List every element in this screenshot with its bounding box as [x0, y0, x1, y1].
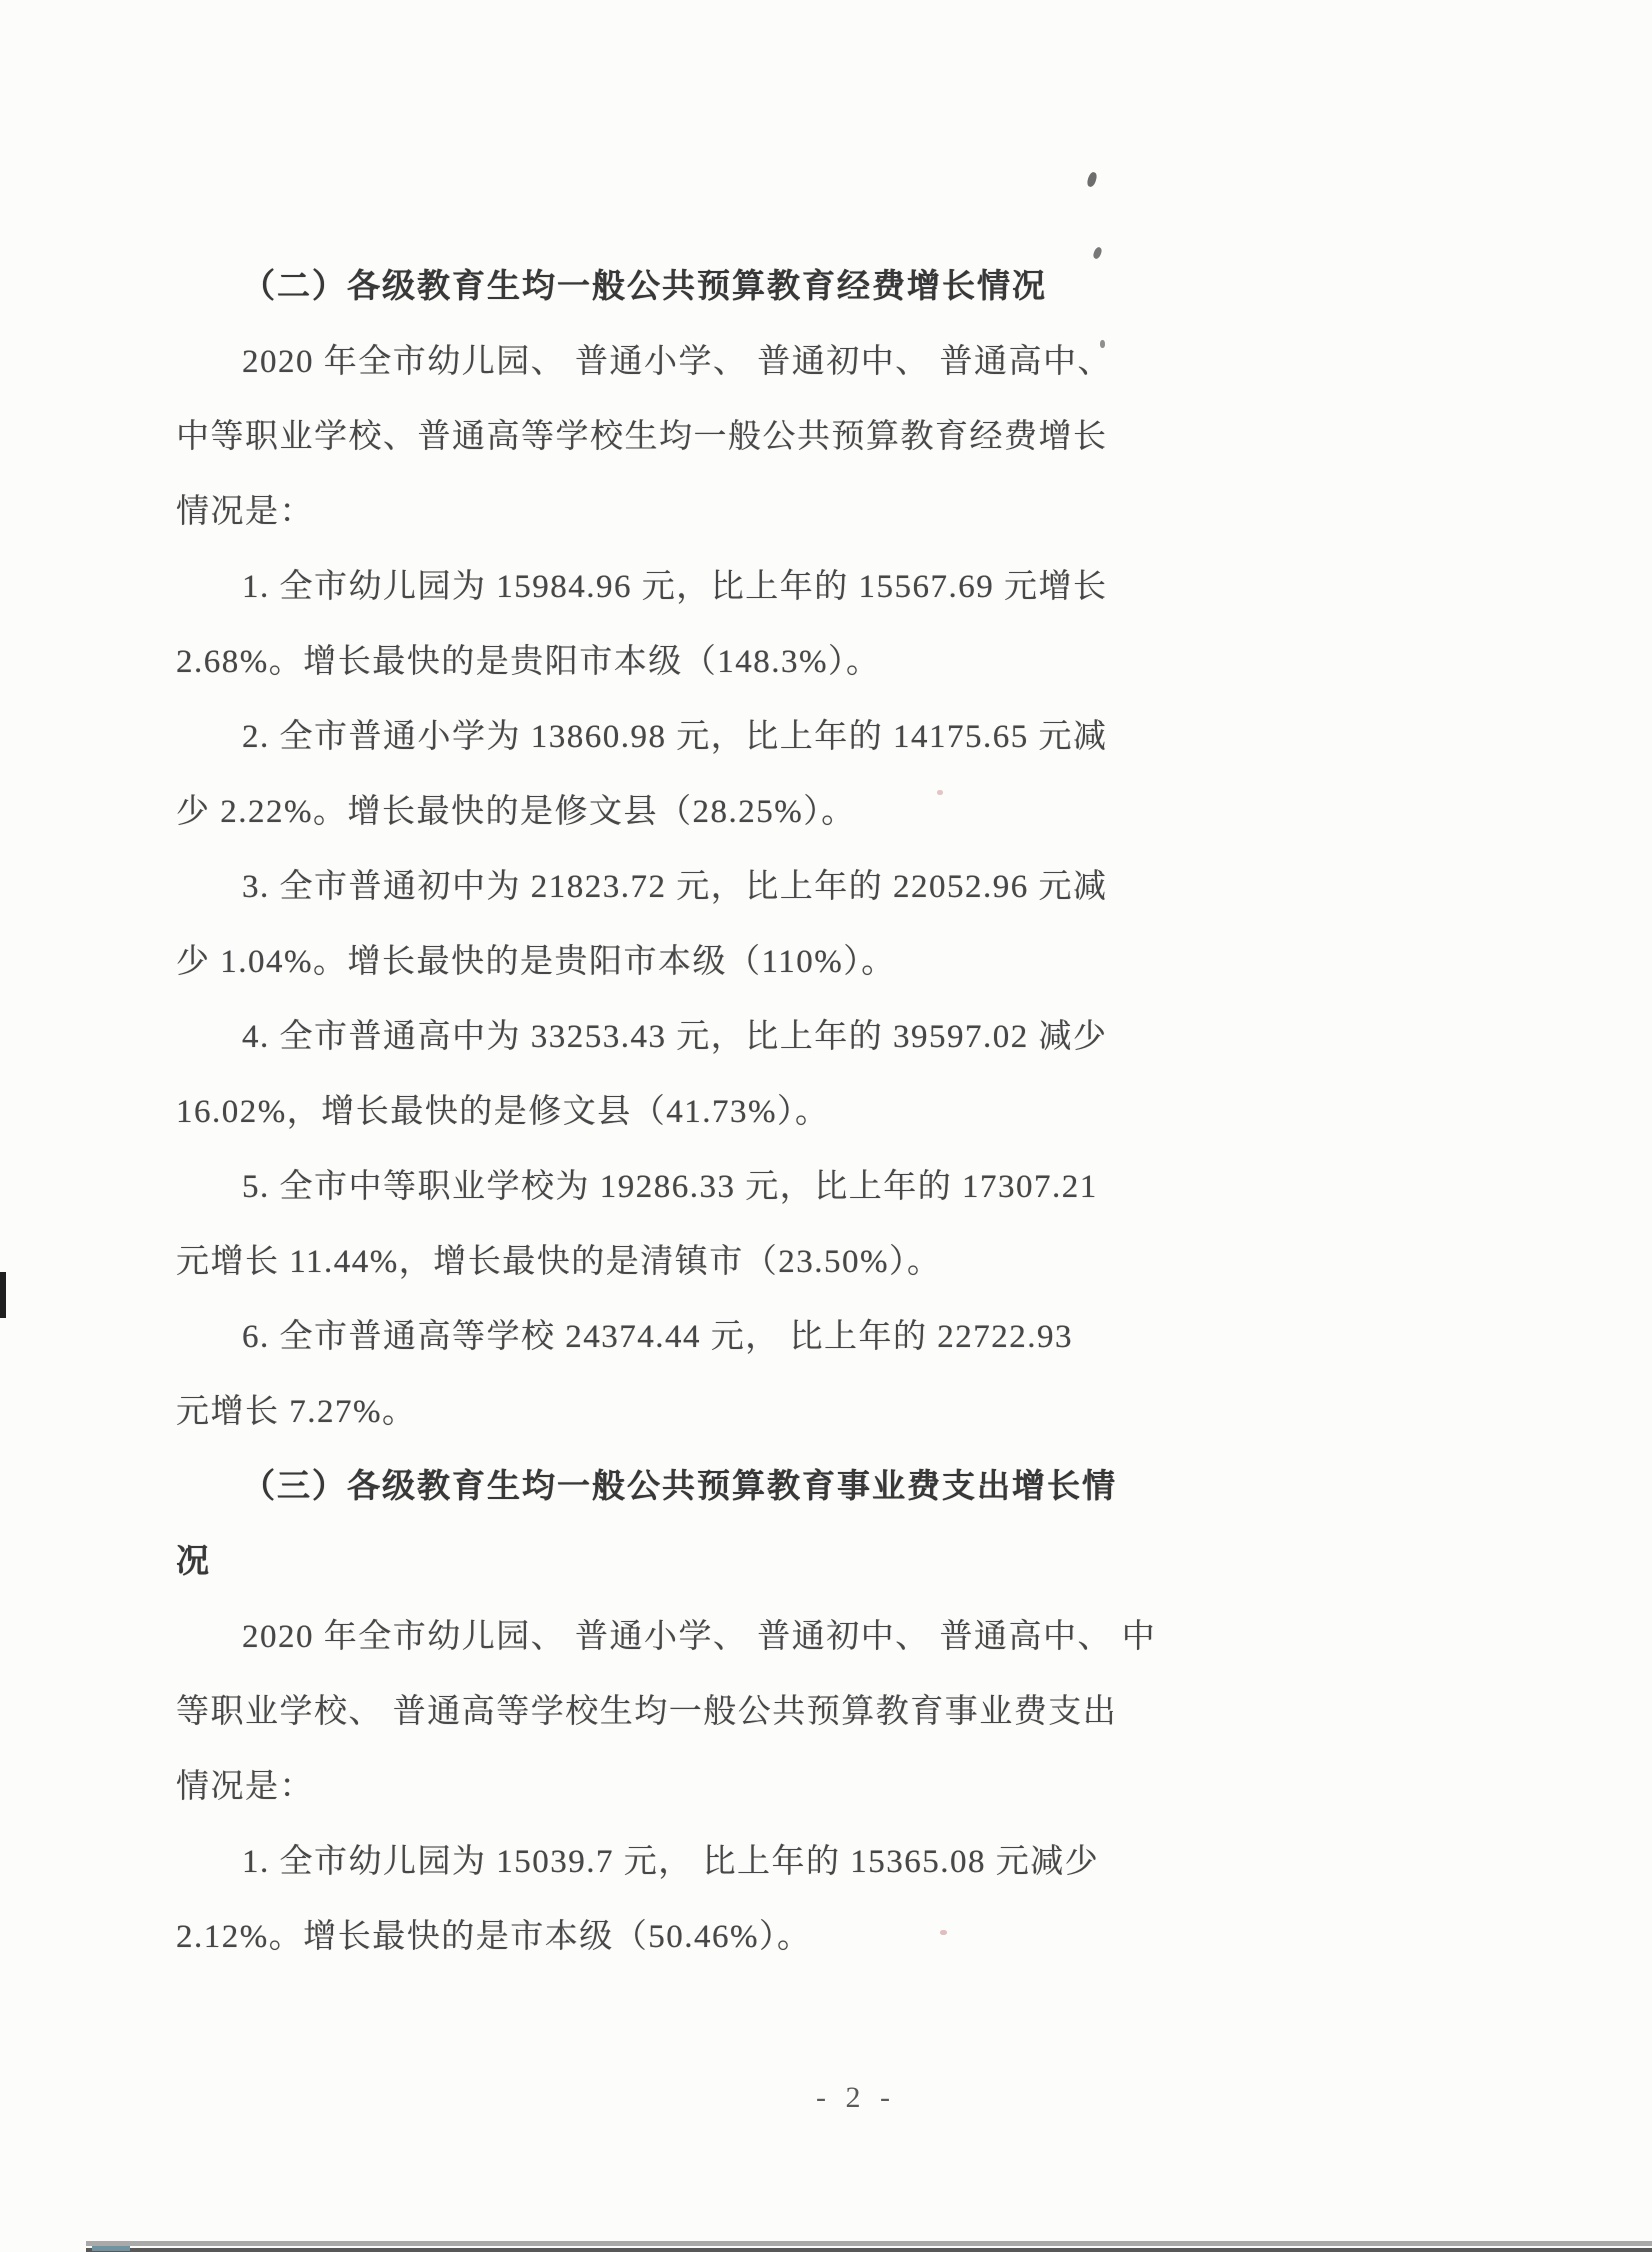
- item-1-line-2: 2.68%。增长最快的是贵阳市本级（148.3%）。: [176, 625, 1036, 700]
- item-2-line-1: 2. 全市普通小学为 13860.98 元，比上年的 14175.65 元减: [176, 700, 1036, 775]
- scan-edge-artifact: [86, 2248, 1652, 2252]
- section-3-intro-line-1: 2020 年全市幼儿园、 普通小学、 普通初中、 普通高中、 中: [176, 1600, 1036, 1675]
- section-2-intro-line-3: 情况是：: [176, 475, 1036, 550]
- scan-speck: [1092, 246, 1103, 260]
- scan-speck: [937, 790, 943, 795]
- document-body: （二）各级教育生均一般公共预算教育经费增长情况 2020 年全市幼儿园、 普通小…: [176, 250, 1036, 1975]
- item-6-line-1: 6. 全市普通高等学校 24374.44 元， 比上年的 22722.93: [176, 1300, 1036, 1375]
- scan-speck: [940, 1930, 947, 1935]
- section-2-intro-line-1: 2020 年全市幼儿园、 普通小学、 普通初中、 普通高中、: [176, 325, 1036, 400]
- item-6-line-2: 元增长 7.27%。: [176, 1375, 1036, 1450]
- scan-edge-artifact: [86, 2241, 1652, 2246]
- section-3-intro-line-3: 情况是：: [176, 1750, 1036, 1825]
- item-2-line-2: 少 2.22%。增长最快的是修文县（28.25%）。: [176, 775, 1036, 850]
- scan-edge-artifact: [92, 2246, 130, 2251]
- scanned-document-page: （二）各级教育生均一般公共预算教育经费增长情况 2020 年全市幼儿园、 普通小…: [0, 0, 1652, 2252]
- item-5-line-2: 元增长 11.44%，增长最快的是清镇市（23.50%）。: [176, 1225, 1036, 1300]
- section-3-heading-line-2: 况: [176, 1525, 1036, 1600]
- item-3-line-1: 3. 全市普通初中为 21823.72 元，比上年的 22052.96 元减: [176, 850, 1036, 925]
- page-number: - 2 -: [30, 2078, 1652, 2118]
- item-5-line-1: 5. 全市中等职业学校为 19286.33 元，比上年的 17307.21: [176, 1150, 1036, 1225]
- scan-speck: [1100, 340, 1105, 348]
- item-3-line-2: 少 1.04%。增长最快的是贵阳市本级（110%）。: [176, 925, 1036, 1000]
- item-4-line-1: 4. 全市普通高中为 33253.43 元，比上年的 39597.02 减少: [176, 1000, 1036, 1075]
- scan-speck: [1086, 171, 1098, 188]
- section-3-heading-line-1: （三）各级教育生均一般公共预算教育事业费支出增长情: [176, 1450, 1036, 1525]
- scan-edge-mark: [0, 1272, 6, 1318]
- section-2-heading: （二）各级教育生均一般公共预算教育经费增长情况: [176, 250, 1036, 325]
- section-3-intro-line-2: 等职业学校、 普通高等学校生均一般公共预算教育事业费支出: [176, 1675, 1036, 1750]
- section-3-item-1-line-1: 1. 全市幼儿园为 15039.7 元， 比上年的 15365.08 元减少: [176, 1825, 1036, 1900]
- item-4-line-2: 16.02%，增长最快的是修文县（41.73%）。: [176, 1075, 1036, 1150]
- section-3-item-1-line-2: 2.12%。增长最快的是市本级（50.46%）。: [176, 1900, 1036, 1975]
- item-1-line-1: 1. 全市幼儿园为 15984.96 元，比上年的 15567.69 元增长: [176, 550, 1036, 625]
- section-2-intro-line-2: 中等职业学校、普通高等学校生均一般公共预算教育经费增长: [176, 400, 1036, 475]
